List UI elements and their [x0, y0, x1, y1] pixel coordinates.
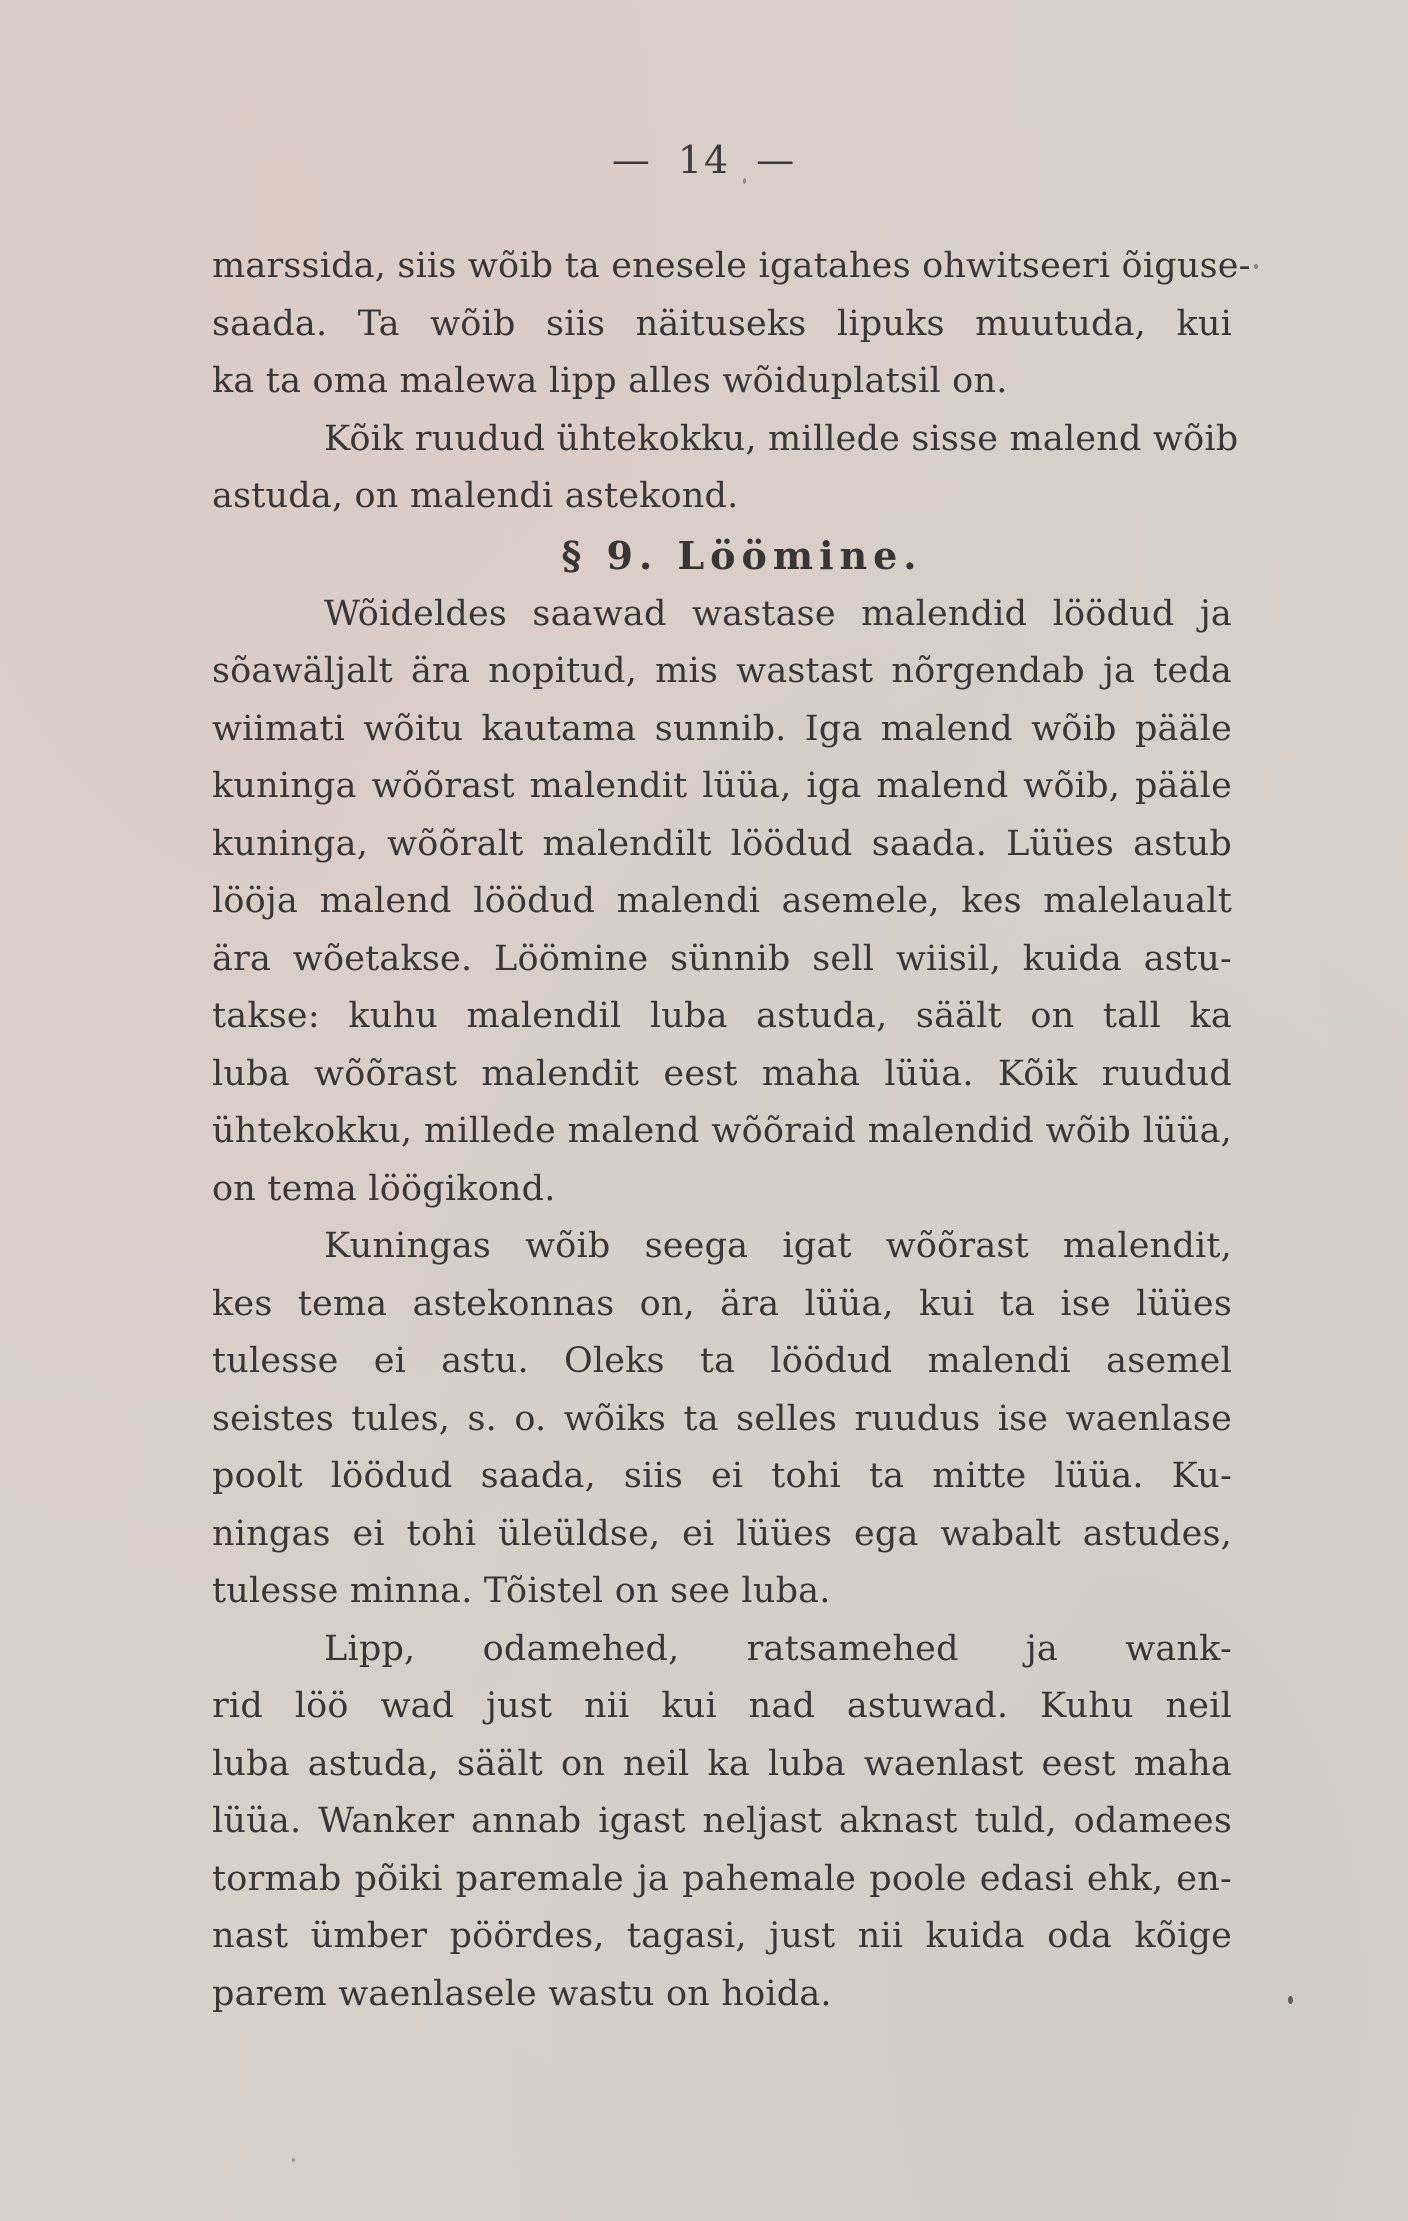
page-number: —14—	[0, 138, 1408, 182]
book-page: —14— marssida, siis wõib ta enesele igat…	[0, 0, 1408, 2221]
text-line: rid löö wad just nii kui nad astuwad. Ku…	[212, 1678, 1232, 1736]
page-number-dash-right: —	[756, 138, 796, 182]
text-line: takse: kuhu malendil luba astuda, säält …	[212, 988, 1232, 1046]
text-line-astekond: astuda, on malendi astekond.	[212, 468, 1232, 526]
text-line-content: astuda, on malendi astekond.	[212, 476, 738, 516]
section-number: 9.	[607, 533, 659, 578]
text-line: ühtekokku, millede malend wõõraid malend…	[212, 1103, 1232, 1161]
text-line: on tema löögikond.	[212, 1161, 1232, 1219]
text-line: saada. Ta wõib siis näituseks lipuks muu…	[212, 296, 1232, 354]
text-line: kuninga, wõõralt malendilt löödud saada.…	[212, 816, 1232, 874]
text-line: ära wõetakse. Löömine sünnib sell wiisil…	[212, 931, 1232, 989]
text-line: kuninga wõõrast malendit lüüa, iga malen…	[212, 758, 1232, 816]
section-title: Löömine.	[677, 533, 922, 578]
section-heading: § 9. Löömine.	[212, 526, 1232, 586]
text-line: tulesse ei astu. Oleks ta löödud malendi…	[212, 1333, 1232, 1391]
text-line: ka ta oma malewa lipp alles wõiduplatsil…	[212, 353, 1232, 411]
text-line: wiimati wõitu kautama sunnib. Iga malend…	[212, 701, 1232, 759]
text-line: Wõideldes saawad wastase malendid löödud…	[212, 586, 1232, 644]
text-line: ningas ei tohi üleüldse, ei lüües ega wa…	[212, 1506, 1232, 1564]
paper-speck	[292, 2158, 295, 2162]
section-symbol: §	[561, 533, 587, 578]
text-line: Lipp, odamehed, ratsamehed ja wank-	[212, 1621, 1232, 1679]
paper-speck	[1254, 264, 1258, 269]
text-line: tormab põiki paremale ja pahemale poole …	[212, 1851, 1232, 1909]
text-line: luba astuda, säält on neil ka luba waenl…	[212, 1736, 1232, 1794]
text-line: poolt löödud saada, siis ei tohi ta mitt…	[212, 1448, 1232, 1506]
text-line: Kõik ruudud ühtekokku, millede sisse mal…	[212, 411, 1232, 469]
text-line: tulesse minna. Tõistel on see luba.	[212, 1563, 1232, 1621]
text-line: nast ümber pöördes, tagasi, just nii kui…	[212, 1908, 1232, 1966]
text-line: lüüa. Wanker annab igast neljast aknast …	[212, 1793, 1232, 1851]
text-line: sõawäljalt ära nopitud, mis wastast nõrg…	[212, 643, 1232, 701]
page-number-value: 14	[678, 138, 730, 182]
text-line: lööja malend löödud malendi asemele, kes…	[212, 873, 1232, 931]
text-line: luba wõõrast malendit eest maha lüüa. Kõ…	[212, 1046, 1232, 1104]
paper-speck	[743, 178, 746, 184]
text-line: Kuningas wõib seega igat wõõrast malendi…	[212, 1218, 1232, 1276]
text-line: parem waenlasele wastu on hoida.	[212, 1966, 1232, 2024]
paper-speck	[1288, 1996, 1293, 2004]
text-line: marssida, siis wõib ta enesele igatahes …	[212, 238, 1232, 296]
body-text: marssida, siis wõib ta enesele igatahes …	[212, 238, 1232, 2023]
text-line: seistes tules, s. o. wõiks ta selles ruu…	[212, 1391, 1232, 1449]
text-line: kes tema astekonnas on, ära lüüa, kui ta…	[212, 1276, 1232, 1334]
page-number-dash-left: —	[612, 138, 652, 182]
